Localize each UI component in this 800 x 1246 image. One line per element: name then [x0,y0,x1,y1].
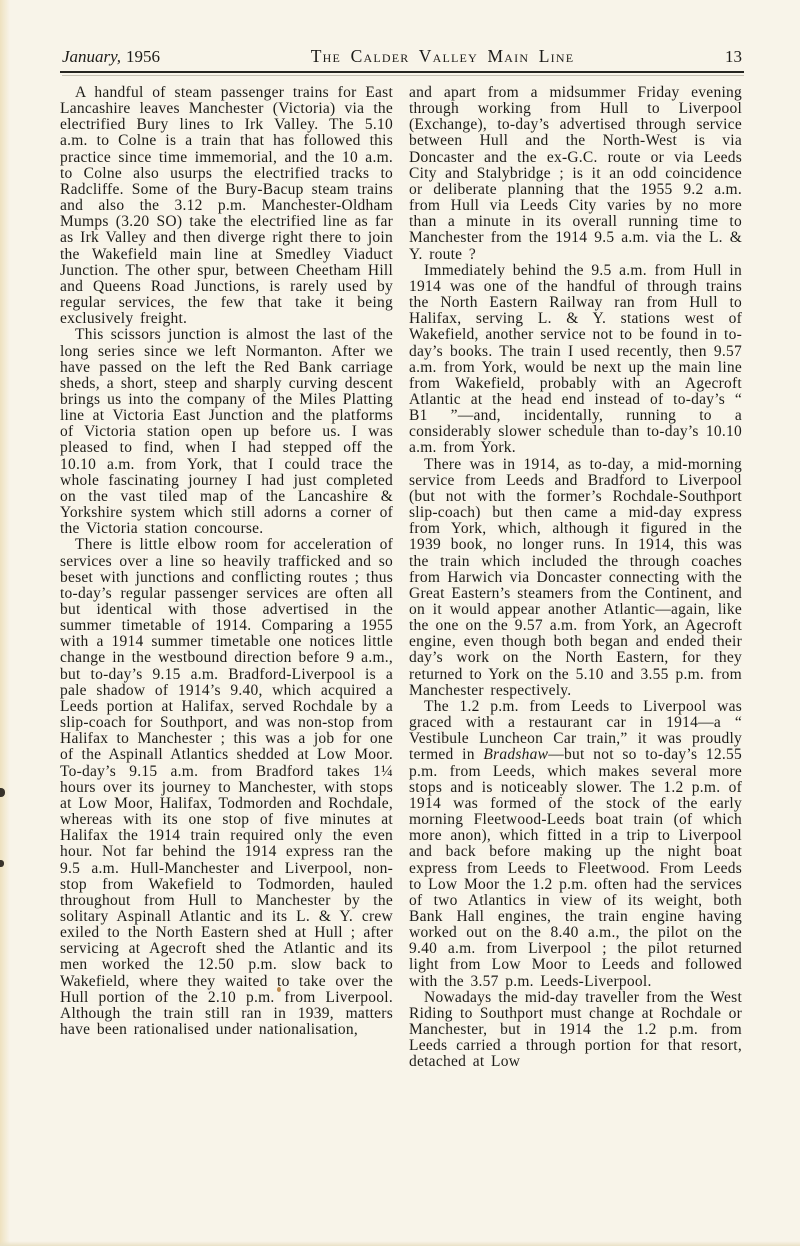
page-number: 13 [725,47,742,67]
text-run: Nowadays the mid-day traveller from the … [409,989,742,1071]
text-run: and apart from a midsummer Friday evenin… [409,84,742,263]
paragraph: Immediately behind the 9.5 a.m. from Hul… [409,263,742,457]
text-run: A handful of steam passenger trains for … [60,84,393,327]
scanned-magazine-page: { "header": { "date_month": "January,", … [0,0,800,1246]
italic-text-run: Bradshaw [483,746,548,763]
text-run: This scissors junction is almost the las… [60,326,393,537]
text-run: Immediately behind the 9.5 a.m. from Hul… [409,262,742,457]
running-header: January,1956 The Calder Valley Main Line… [62,46,742,67]
text-run: —but not so to-day’s 12.55 p.m. from Lee… [409,746,742,989]
scan-edge-mark [0,860,4,867]
issue-year: 1956 [126,47,160,66]
paragraph: There was in 1914, as to-day, a mid-morn… [409,457,742,699]
paragraph: There is little elbow room for accelerat… [60,537,393,1038]
scan-edge-mark [0,788,5,797]
scan-speck [277,987,281,992]
paragraph: The 1.2 p.m. from Leeds to Liverpool was… [409,699,742,990]
paragraph: and apart from a midsummer Friday evenin… [409,85,742,263]
text-run: There is little elbow room for accelerat… [60,536,393,1038]
page-left-edge-shading [0,0,10,1246]
issue-date: January,1956 [62,47,160,67]
article-title: The Calder Valley Main Line [160,46,725,67]
paragraph: A handful of steam passenger trains for … [60,85,393,327]
paragraph: This scissors junction is almost the las… [60,327,393,537]
right-column: and apart from a midsummer Friday evenin… [409,85,742,1071]
left-column: A handful of steam passenger trains for … [60,85,393,1071]
header-rule [60,71,744,73]
paragraph: Nowadays the mid-day traveller from the … [409,990,742,1071]
text-run: There was in 1914, as to-day, a mid-morn… [409,456,742,699]
article-body: A handful of steam passenger trains for … [60,85,742,1071]
page-bottom-edge-shading [0,1241,800,1246]
issue-month: January, [62,47,121,66]
